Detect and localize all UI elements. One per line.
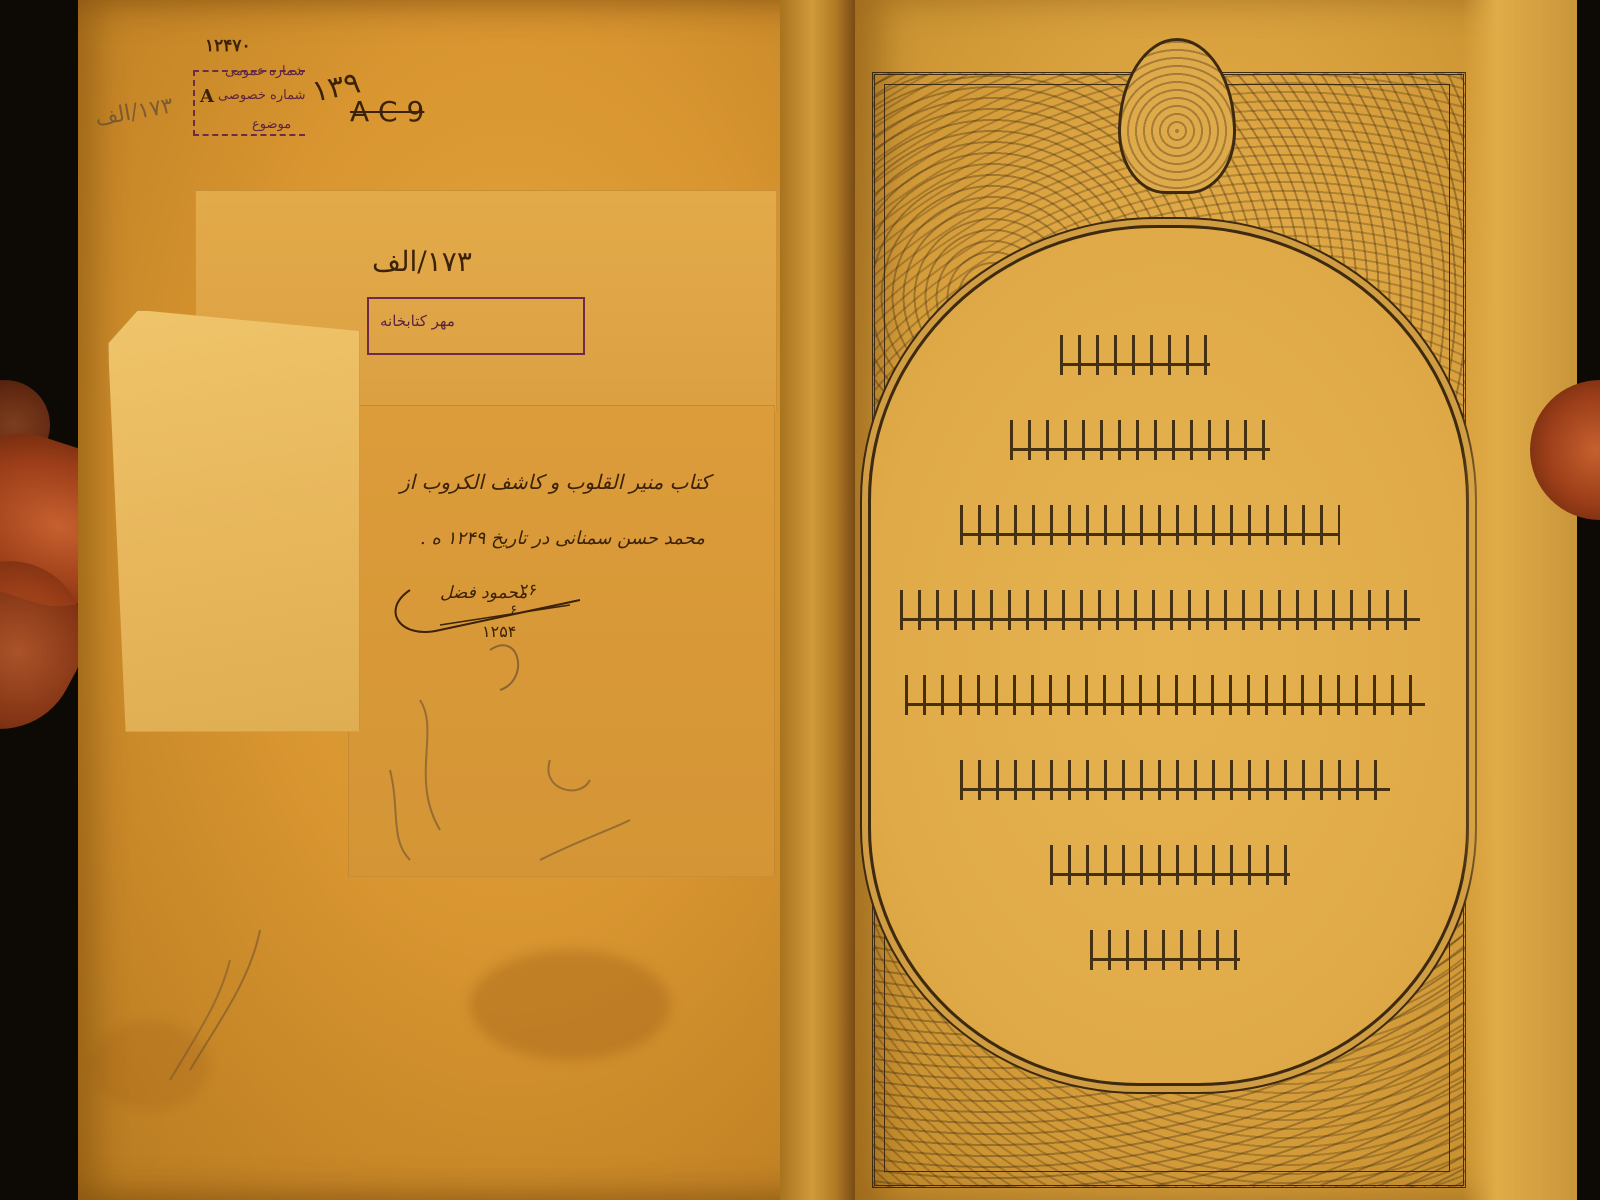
pencil-flourishes (380, 570, 640, 890)
stamp-private-number-value: A (200, 86, 214, 107)
stamp-private-number-label: شماره خصوصی (218, 88, 306, 103)
right-page-margin (1462, 0, 1577, 1200)
calligraphy-line (905, 675, 1425, 715)
calligraphy-line (1050, 845, 1290, 885)
accession-number: ۱۲۴۷۰ (205, 36, 251, 56)
paper-slip (108, 310, 360, 732)
stamp-subject-label: موضوع (252, 117, 291, 132)
old-call-mark-crossed: A C 9 (350, 95, 424, 128)
calligraphy-line (1090, 930, 1240, 970)
calligraphy-line (1060, 335, 1210, 375)
rectangular-seal-text: مهر کتابخانه (380, 312, 455, 330)
title-note-line-2: محمد حسن سمنانی در تاریخ ۱۲۴۹ ه . (420, 528, 705, 549)
manuscript-photo: ۱۲۴۷۰ شماره عمومی شماره خصوصی A موضوع ۱۷… (0, 0, 1600, 1200)
calligraphy-line (960, 505, 1340, 545)
water-stain (470, 950, 670, 1060)
catalog-mark: ۱۷۳/الف (372, 245, 472, 278)
stamp-general-number-label: شماره عمومی (225, 64, 304, 79)
calligraphy-line (1010, 420, 1270, 460)
calligraphy-line (960, 760, 1390, 800)
title-note-line-1: کتاب منیر القلوب و کاشف الکروب از (400, 470, 710, 494)
margin-pencil-note (130, 920, 300, 1100)
book-gutter (780, 0, 860, 1200)
calligraphy-line (900, 590, 1420, 630)
